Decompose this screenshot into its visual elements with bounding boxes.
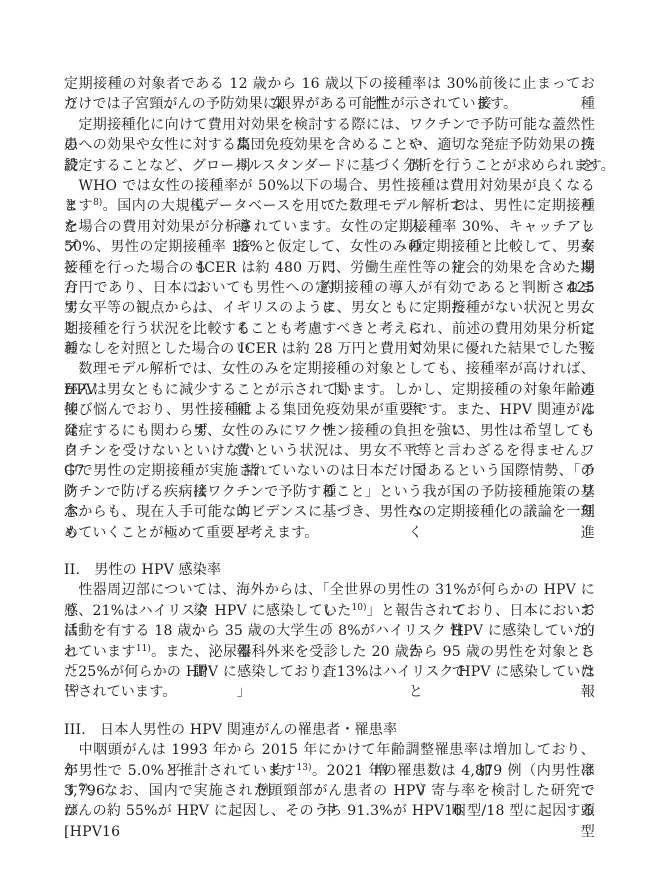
paragraph-block: 数理モデル解析では、女性のみを定期接種の対象としても、接種率が高ければ、HPV … — [64, 359, 595, 543]
text-line: 設定することなど、グローバルスタンダードに基づく分析を行うことが求められます。 — [64, 156, 595, 176]
section-heading: III. 日本人男性の HPV 関連がんの罹患者・罹患率 — [64, 720, 595, 740]
paragraph-block: 中咽頭がんは 1993 年から 2015 年にかけて年齢調整罹患率は増加しており… — [64, 740, 595, 822]
paragraph-block: 定期接種化に向けて費用対効果を検討する際には、ワクチンで予防可能な蓋然性の高い疾… — [64, 115, 595, 176]
text-line: 50%、男性の定期接種率 15%と仮定して、女性のみの定期接種と比較して、男女と… — [64, 237, 595, 257]
text-line: 男女平等の観点からは、イギリスのように、男女ともに定期接種がない状況と男女ともに… — [64, 298, 595, 318]
text-line: 種なしを対照とした場合の ICER は約 28 万円と費用対効果に優れた結果でし… — [64, 339, 595, 359]
text-line: がんは男女ともに減少することが示されています。しかし、定期接種の対象年齢の接種率… — [64, 380, 595, 400]
text-line: WHO では女性の接種率が 50%以下の場合、男性接種は費用対効果が良くなるとし… — [64, 176, 595, 196]
text-line: 定期接種化に向けて費用対効果を検討する際には、ワクチンで予防可能な蓋然性の高い疾 — [64, 115, 595, 135]
reference-superscript: 13) — [297, 763, 312, 773]
heading-line: III. 日本人男性の HPV 関連がんの罹患者・罹患率 — [64, 720, 595, 740]
text-line: 接種を行った場合の ICER は約 480 万円、労働生産性等の社会的効果を含め… — [64, 258, 595, 278]
paragraph-block: 性器周辺部については、海外からは、「全世界の男性の 31%が何らかの HPV に… — [64, 580, 595, 702]
text-line: す2)。なお、国内で実施された頭頸部がん患者の HPV 寄与率を検討した研究では… — [64, 781, 595, 801]
text-line: がんの約 55%が HPV に起因し、そのうち 91.3%が HPV16 型/1… — [64, 801, 595, 821]
document-text-area: 定期接種の対象者である 12 歳から 16 歳以下の接種率は 30%前後に止まっ… — [64, 74, 595, 822]
text-line: ます8)。国内の大規模データベースを用いた数理モデル解析では、男性に定期接種を導… — [64, 196, 595, 216]
text-line: 中咽頭がんは 1993 年から 2015 年にかけて年齢調整罹患率は増加しており… — [64, 740, 595, 760]
text-line: だけでは子宮頸がんの予防効果に限界がある可能性が示されています。 — [64, 94, 595, 114]
text-line: クチンで防げる疾病はワクチンで予防すること」という我が国の予防接種施策の基本的な… — [64, 482, 595, 502]
text-line: 数理モデル解析では、女性のみを定期接種の対象としても、接種率が高ければ、HPV … — [64, 359, 595, 379]
reference-superscript: 9) — [579, 341, 588, 351]
text-line: が男性で 5.0%と推計されています13)。2021 年の罹患数は 4,879 … — [64, 761, 595, 781]
text-line: 伸び悩んでおり、男性接種による集団免疫効果が重要です。また、HPV 関連がんは男… — [64, 400, 595, 420]
text-line: 発症するにも関わらず、女性のみにワクチン接種の負担を強い、男性は希望しても自費で… — [64, 421, 595, 441]
section-heading: II. 男性の HPV 感染率 — [64, 560, 595, 580]
reference-superscript: 11) — [136, 644, 151, 654]
heading-line: II. 男性の HPV 感染率 — [64, 560, 595, 580]
text-line: 患への効果や女性に対する集団免疫効果を含めることや、適切な発症予防効果の持続期間… — [64, 135, 595, 155]
text-line: た場合の費用対効果が分析されています。女性の定期接種率 30%、キャッチアップ接… — [64, 217, 595, 237]
text-line: り、21%はハイリスク HPV に感染していた10)」と報告されており、日本にお… — [64, 601, 595, 621]
reference-superscript: 10) — [352, 603, 367, 613]
text-line: 中で男性の定期接種が実施されていないのは日本だけであるという国際情勢、「予防接種… — [64, 461, 595, 481]
text-line: 万円であり、日本においても男性への定期接種の導入が有効であると判断されます。また… — [64, 278, 595, 298]
text-line: 念からも、現在入手可能なエビデンスに基づき、男性への定期接種化の議論を一刻も早く… — [64, 502, 595, 522]
reference-superscript: 8) — [93, 198, 102, 208]
text-line: 性器周辺部については、海外からは、「全世界の男性の 31%が何らかの HPV に… — [64, 580, 595, 600]
paragraph-block: WHO では女性の接種率が 50%以下の場合、男性接種は費用対効果が良くなるとし… — [64, 176, 595, 360]
text-line: 期接種を行う状況を比較することも考慮すべきと考えられ、前述の費用効果分析において… — [64, 319, 595, 339]
text-line: 活動を有する 18 歳から 35 歳の大学生の 8%がハイリスク HPV に感染… — [64, 621, 595, 641]
text-line: 「25%が何らかの HPV に感染しており、13%はハイリスク HPV に感染し… — [64, 662, 595, 682]
text-line: れています11)。また、泌尿器科外来を受診した 20 歳から 95 歳の男性を対… — [64, 642, 595, 662]
text-line: 定期接種の対象者である 12 歳から 16 歳以下の接種率は 30%前後に止まっ… — [64, 74, 595, 94]
text-line: クチンを受けないといけないという状況は、男女不平等と言わざるを得ません。G7 諸… — [64, 441, 595, 461]
document-page: 定期接種の対象者である 12 歳から 16 歳以下の接種率は 30%前後に止まっ… — [0, 0, 660, 884]
paragraph-block: 定期接種の対象者である 12 歳から 16 歳以下の接種率は 30%前後に止まっ… — [64, 74, 595, 115]
reference-superscript: 2) — [79, 783, 88, 793]
